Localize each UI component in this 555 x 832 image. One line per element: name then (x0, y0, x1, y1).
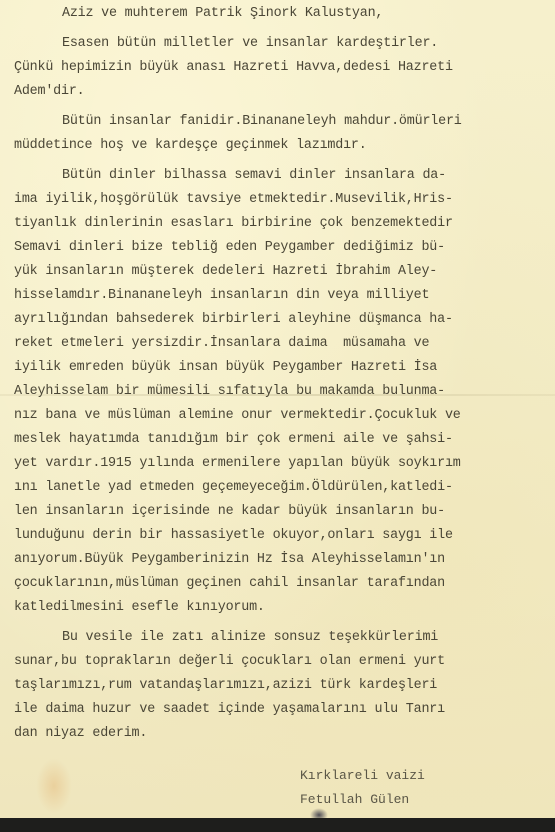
text-line: len insanların içerisinde ne kadar büyük… (14, 500, 555, 524)
paragraphs: Esasen bütün milletler ve insanlar karde… (14, 32, 555, 746)
paragraph: Bütün dinler bilhassa semavi dinler insa… (14, 164, 555, 620)
paragraph: Bütün insanlar fanidir.Binananeleyh mahd… (14, 110, 555, 158)
text-line: Bütün dinler bilhassa semavi dinler insa… (14, 164, 555, 188)
letter-body: Aziz ve muhterem Patrik Şinork Kalustyan… (14, 2, 555, 746)
text-line: sunar,bu toprakların değerli çocukları o… (14, 650, 555, 674)
text-line: meslek hayatımda tanıdığım bir çok ermen… (14, 428, 555, 452)
text-line: Bu vesile ile zatı alinize sonsuz teşekk… (14, 626, 555, 650)
text-line: ını lanetle yad etmeden geçemeyeceğim.Öl… (14, 476, 555, 500)
text-line: reket etmeleri yersizdir.İnsanlara daima… (14, 332, 555, 356)
letter-page: Aziz ve muhterem Patrik Şinork Kalustyan… (0, 0, 555, 818)
text-line: Bütün insanlar fanidir.Binananeleyh mahd… (14, 110, 555, 134)
text-line: Adem'dir. (14, 80, 555, 104)
salutation: Aziz ve muhterem Patrik Şinork Kalustyan… (14, 2, 555, 26)
text-line: iyilik emreden büyük insan büyük Peygamb… (14, 356, 555, 380)
text-line: yet vardır.1915 yılında ermenilere yapıl… (14, 452, 555, 476)
text-line: çocuklarının,müslüman geçinen cahil insa… (14, 572, 555, 596)
text-line: ile daima huzur ve saadet içinde yaşamal… (14, 698, 555, 722)
text-line: anıyorum.Büyük Peygamberinizin Hz İsa Al… (14, 548, 555, 572)
text-line: tiyanlık dinlerinin esasları birbirine ç… (14, 212, 555, 236)
text-line: Esasen bütün milletler ve insanlar karde… (14, 32, 555, 56)
bottom-dark-edge (0, 818, 555, 832)
text-line: müddetince hoş ve kardeşçe geçinmek lazı… (14, 134, 555, 158)
text-line: lunduğunu derin bir hassasiyetle okuyor,… (14, 524, 555, 548)
text-line: yük insanların müşterek dedeleri Hazreti… (14, 260, 555, 284)
ink-blot (310, 808, 328, 818)
signature-block: Kırklareli vaizi Fetullah Gülen (300, 764, 425, 812)
text-line: katledilmesini esefle kınıyorum. (14, 596, 555, 620)
paragraph: Bu vesile ile zatı alinize sonsuz teşekk… (14, 626, 555, 746)
text-line: taşlarımızı,rum vatandaşlarımızı,azizi t… (14, 674, 555, 698)
text-line: dan niyaz ederim. (14, 722, 555, 746)
text-line: Aleyhisselam bir mümesili sıfatıyla bu m… (14, 380, 555, 404)
text-line: Çünkü hepimizin büyük anası Hazreti Havv… (14, 56, 555, 80)
text-line: ayrılığından bahsederek birbirleri aleyh… (14, 308, 555, 332)
text-line: hisselamdır.Binananeleyh insanların din … (14, 284, 555, 308)
text-line: nız bana ve müslüman alemine onur vermek… (14, 404, 555, 428)
signature-title: Kırklareli vaizi (300, 764, 425, 788)
text-line: ima iyilik,hoşgörülük tavsiye etmektedir… (14, 188, 555, 212)
paragraph: Esasen bütün milletler ve insanlar karde… (14, 32, 555, 104)
text-line: Semavi dinleri bize tebliğ eden Peygambe… (14, 236, 555, 260)
paper-stain (36, 758, 72, 814)
